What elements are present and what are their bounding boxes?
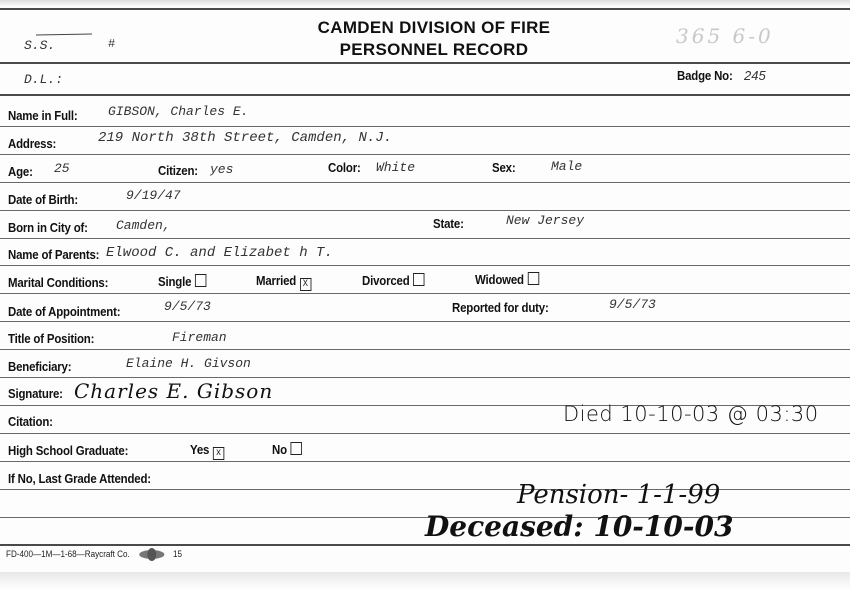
signature-value: Charles E. Gibson — [74, 379, 273, 403]
born-city-label: Born in City of: — [8, 220, 88, 235]
rule — [0, 349, 850, 350]
parents-label: Name of Parents: — [8, 247, 99, 262]
form-code: FD-400—1M—1-68—Raycraft Co. — [6, 549, 130, 559]
sex-value: Male — [551, 159, 582, 174]
page-number: 15 — [173, 549, 182, 559]
appointment-value: 9/5/73 — [164, 299, 211, 314]
rule — [0, 489, 850, 490]
rule — [0, 293, 850, 294]
personnel-record-card: S.S. # CAMDEN DIVISION OF FIRE PERSONNEL… — [0, 0, 850, 590]
color-value: White — [376, 160, 415, 175]
age-label: Age: — [8, 164, 33, 179]
badge-label: Badge No: — [677, 68, 733, 83]
last-grade-label: If No, Last Grade Attended: — [8, 471, 151, 486]
rule — [0, 182, 850, 183]
parents-value: Elwood C. and Elizabet h T. — [106, 245, 333, 261]
widowed-checkbox[interactable] — [527, 272, 538, 285]
hs-no-checkbox[interactable] — [290, 442, 301, 455]
marital-option-widowed[interactable]: Widowed — [475, 272, 539, 287]
hs-yes-checkbox[interactable]: x — [213, 447, 224, 460]
name-label: Name in Full: — [8, 108, 78, 123]
marital-option-married[interactable]: MarriedX — [256, 273, 311, 291]
reported-value: 9/5/73 — [609, 297, 656, 312]
rule — [0, 544, 850, 546]
citizen-value: yes — [210, 162, 233, 177]
married-checkbox[interactable]: X — [300, 278, 311, 291]
scan-shade-bottom — [0, 572, 850, 590]
state-value: New Jersey — [506, 213, 584, 228]
rule — [0, 238, 850, 239]
beneficiary-value: Elaine H. Givson — [126, 356, 251, 371]
reported-label: Reported for duty: — [452, 300, 549, 315]
position-value: Fireman — [172, 330, 227, 345]
name-value: GIBSON, Charles E. — [108, 104, 248, 119]
scan-shade-top — [0, 0, 850, 7]
rule — [0, 154, 850, 155]
state-label: State: — [433, 216, 464, 231]
citation-label: Citation: — [8, 414, 53, 429]
rule — [0, 377, 850, 378]
option-label: Yes — [190, 442, 209, 457]
citizen-label: Citizen: — [158, 163, 198, 178]
signature-label: Signature: — [8, 386, 63, 401]
age-value: 25 — [54, 161, 70, 176]
rule — [0, 210, 850, 211]
option-label: No — [272, 442, 287, 457]
dob-label: Date of Birth: — [8, 192, 78, 207]
address-label: Address: — [8, 136, 56, 151]
color-label: Color: — [328, 160, 361, 175]
option-label: Divorced — [362, 273, 410, 288]
marital-option-divorced[interactable]: Divorced — [362, 273, 425, 288]
option-label: Married — [256, 273, 296, 288]
faint-pencil-annotation: 365 6-0 — [676, 24, 774, 48]
born-city-value: Camden, — [116, 218, 171, 233]
single-checkbox[interactable] — [195, 274, 206, 287]
rule — [0, 321, 850, 322]
rule — [0, 461, 850, 462]
form-footer: FD-400—1M—1-68—Raycraft Co.15 — [6, 549, 182, 559]
rule — [0, 62, 850, 64]
address-value: 219 North 38th Street, Camden, N.J. — [98, 130, 392, 146]
deceased-note: Deceased: 10-10-03 — [425, 510, 733, 543]
citation-handwritten-note: Died 10-10-03 @ 03:30 — [563, 402, 819, 426]
rule — [0, 433, 850, 434]
rule — [0, 94, 850, 96]
pension-note: Pension- 1-1-99 — [517, 480, 720, 510]
hs-yes-option[interactable]: Yesx — [190, 442, 224, 460]
divorced-checkbox[interactable] — [413, 273, 424, 286]
marital-label: Marital Conditions: — [8, 275, 108, 290]
marital-option-single[interactable]: Single — [158, 274, 206, 289]
rule — [0, 126, 850, 127]
option-label: Widowed — [475, 272, 524, 287]
appointment-label: Date of Appointment: — [8, 304, 120, 319]
dl-label: D.L.: — [24, 72, 63, 87]
rule — [0, 265, 850, 266]
sex-label: Sex: — [492, 160, 515, 175]
position-label: Title of Position: — [8, 331, 94, 346]
hs-graduate-label: High School Graduate: — [8, 443, 128, 458]
badge-value: 245 — [744, 68, 766, 83]
hs-no-option[interactable]: No — [272, 442, 302, 457]
beneficiary-label: Beneficiary: — [8, 359, 71, 374]
dob-value: 9/19/47 — [126, 188, 181, 203]
union-label-icon — [139, 550, 164, 559]
rule-top — [0, 8, 850, 10]
option-label: Single — [158, 274, 191, 289]
